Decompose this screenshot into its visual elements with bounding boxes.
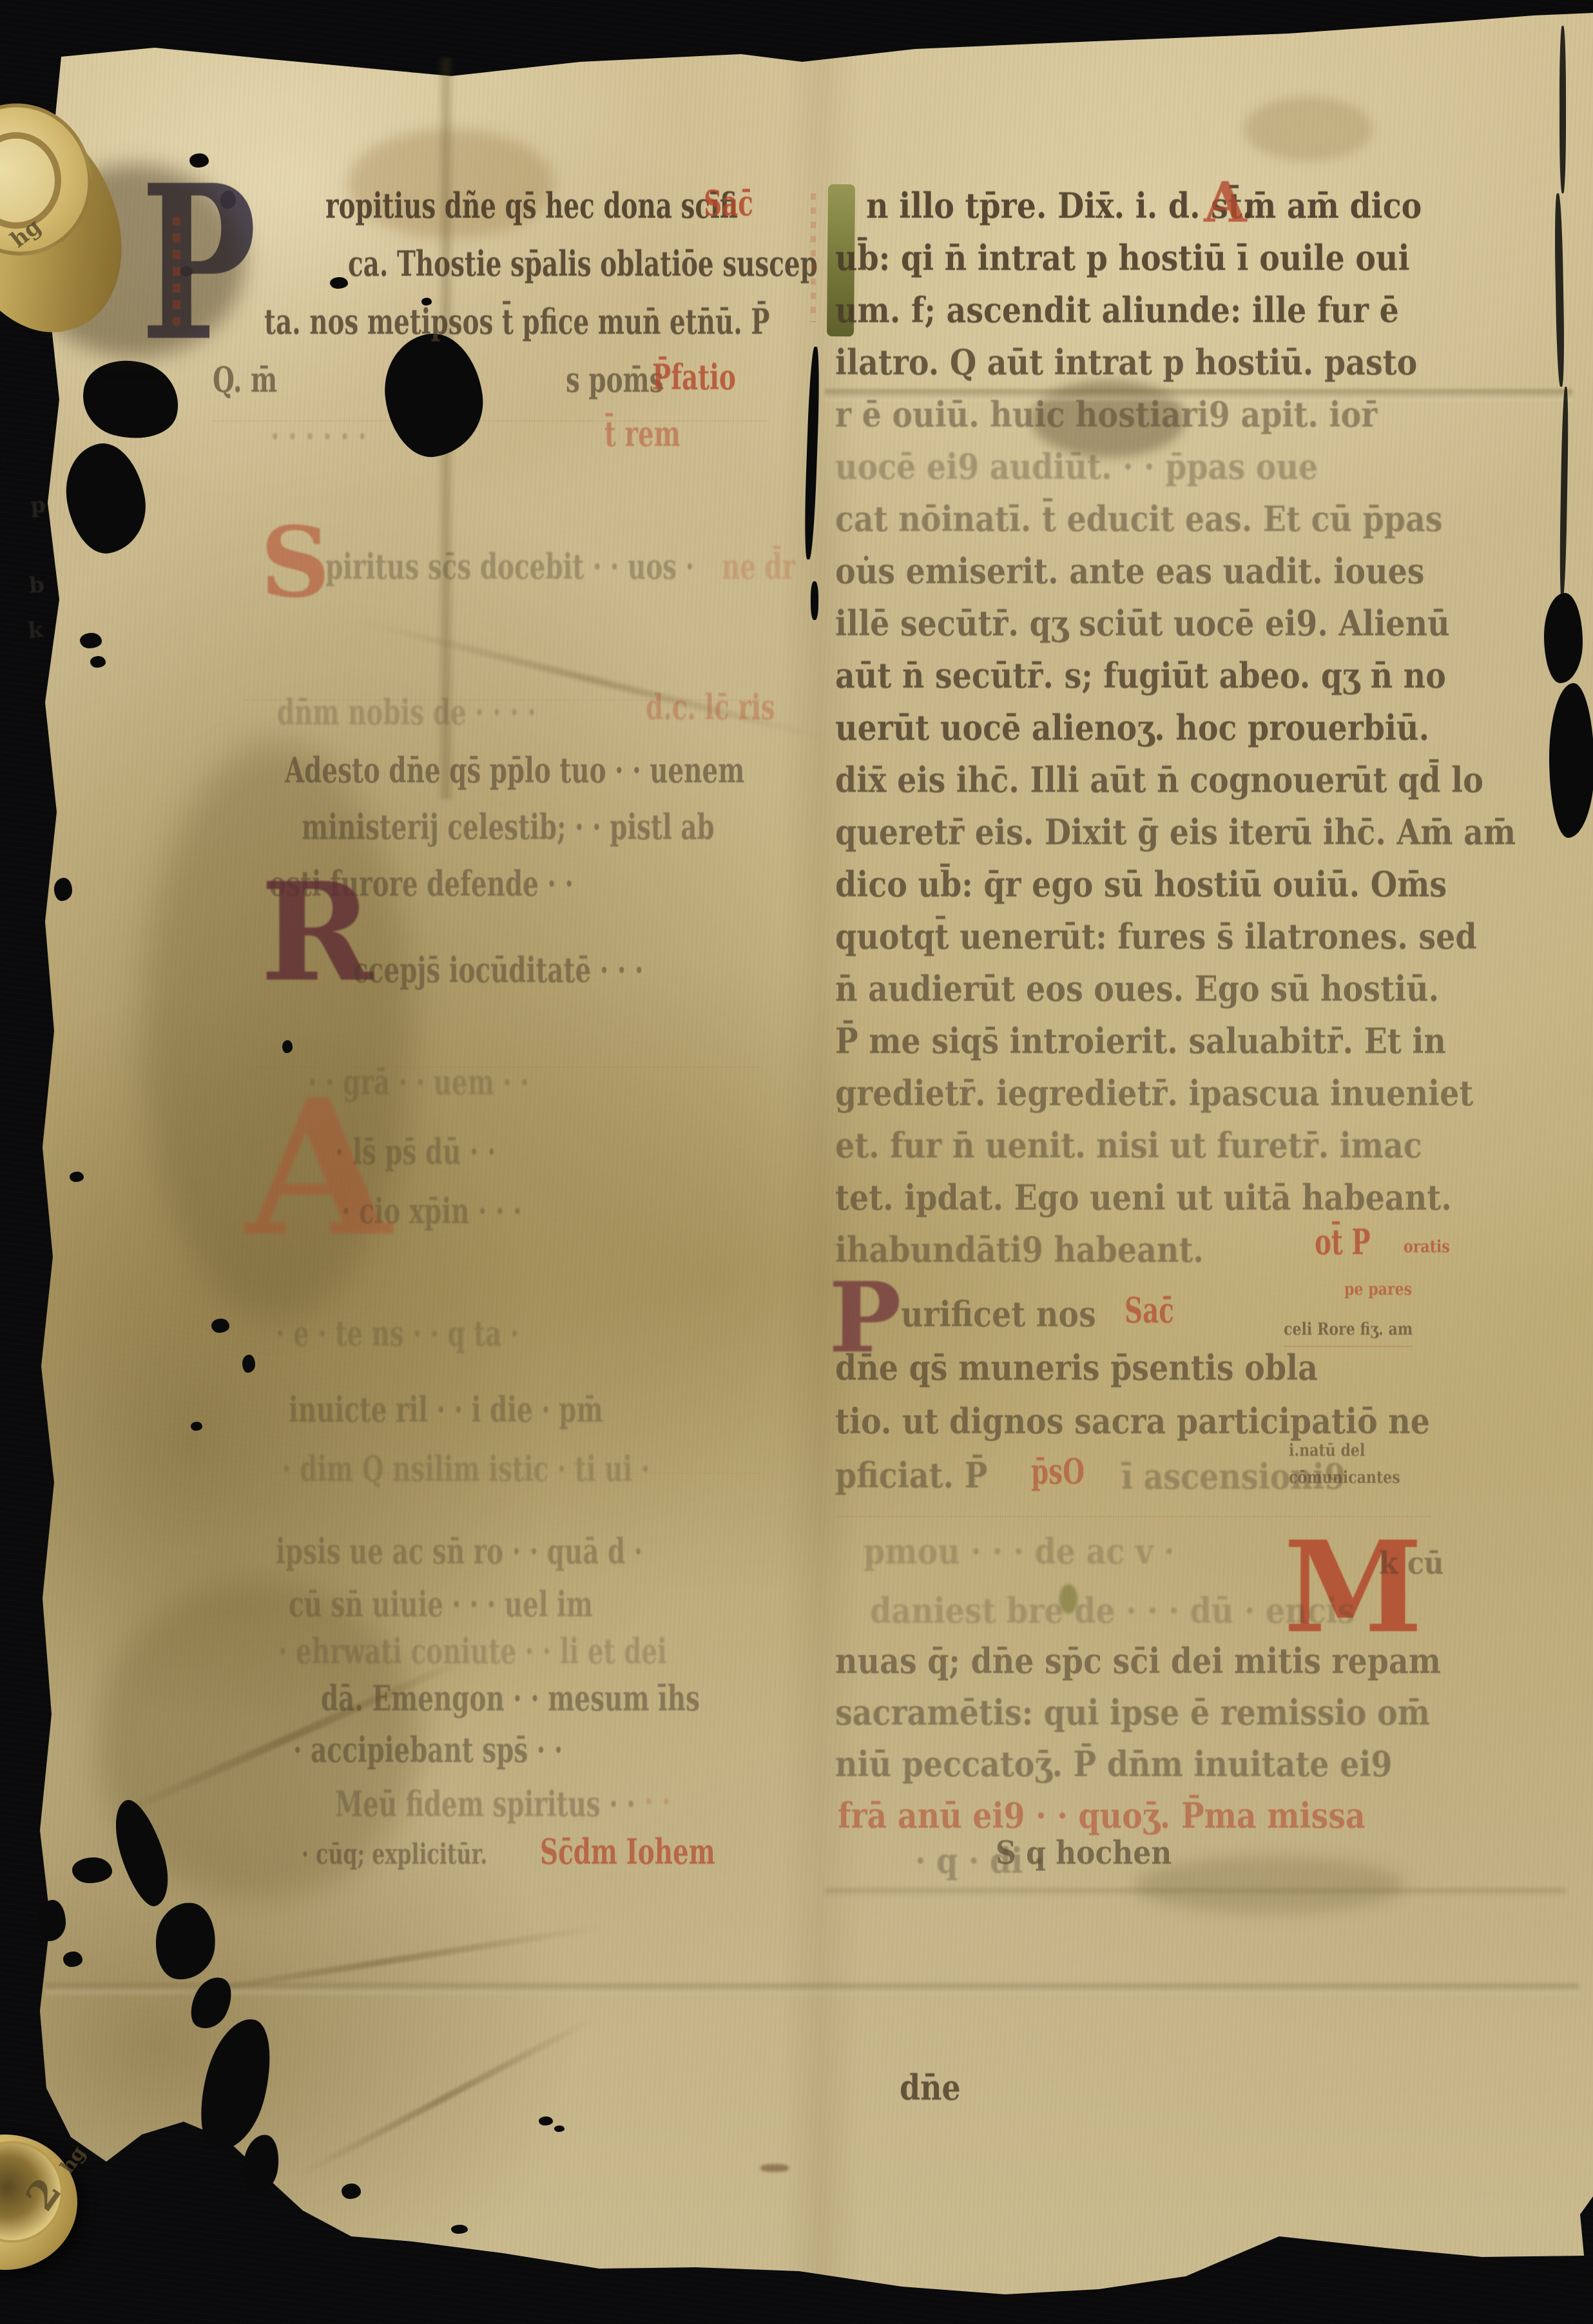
parchment-hole	[242, 1355, 255, 1373]
right-gloss-communicantes: cōmunicantes	[1289, 1469, 1400, 1486]
parchment-hole	[63, 1951, 82, 1967]
left-line-3: ta. nos metipsos t̄ pfice mun̄ etn̄ū. P̄	[264, 304, 770, 339]
right-line-7: cat nōinatī. t̄ educit eas. Et cū p̄pas	[835, 501, 1443, 536]
parchment-hole	[37, 1900, 66, 1941]
right-gloss-natu: i.natū del	[1289, 1442, 1365, 1459]
right-line-4: ilatro. Q aūt intrat p hostiū. pasto	[835, 345, 1417, 380]
left-line-18: ipsis ue ac sn̄ ro · · quā d ·	[276, 1534, 642, 1569]
parchment-hole	[72, 1857, 112, 1883]
left-line-6: piritus sc̄s docebit · · uos ·	[325, 549, 694, 584]
right-line-17: P̄ me siqs̄ introierit. saluabitr̄. Et i…	[835, 1023, 1446, 1058]
right-line-31: niū peccatoʒ̄. P̄ dn̄m inuitate ei9	[835, 1747, 1392, 1781]
right-line-28: daniest bre de · · · dū · encis	[870, 1593, 1355, 1628]
right-rubric-small-a: pe pares	[1344, 1281, 1412, 1298]
right-rubric-oratio: ot̄ P	[1315, 1225, 1371, 1259]
left-line-1: ropitius dñe qs̄ hec dona scīfi	[325, 188, 738, 223]
left-line-13: · ls̄ ps̄ dū · ·	[335, 1134, 496, 1169]
right-line-22: urificet nos	[901, 1297, 1096, 1331]
left-line-6b: ne d̄r	[722, 549, 795, 584]
right-line-3: um. f; ascendit aliunde: ille fur ē	[835, 293, 1399, 327]
left-line-16: inuicte ril · · i die · pm̄	[289, 1392, 603, 1427]
right-line-15: quotqt̄ uenerūt: fures s̄ ilatrones. sed	[835, 919, 1477, 954]
parchment-hole	[554, 2125, 565, 2132]
left-rubric-sacra: Sac̄	[704, 186, 753, 220]
right-line-8: ou̇s emiserit. ante eas uadit. ioues	[835, 554, 1425, 588]
right-line-16: n̄ audierūt eos oues. Ego sū hostiū.	[835, 971, 1439, 1006]
left-line-19: cū sn̄ uiuie · · · uel im	[289, 1587, 593, 1622]
left-rubric-secundum-iohannem: Sc̄dm Iohem	[540, 1834, 715, 1869]
left-line-11: ccepjs̄ iocūditatē · · ·	[353, 953, 643, 987]
left-line-5: · · · · · ·	[271, 419, 367, 454]
left-rubric-7b: d.c. lc̄ ris	[646, 690, 775, 724]
parchment-hole	[342, 2184, 361, 2199]
left-line-7: dn̄m nobis de · · · ·	[277, 695, 536, 730]
parchment-hole	[90, 656, 106, 668]
parchment-hole	[54, 878, 72, 901]
right-line-13: queretr̄ eis. Dixit ḡ eis iterū ihc̄. Am…	[835, 815, 1516, 849]
right-line-20: tet. ipdat. Ego ueni ut uitā habeant.	[835, 1180, 1452, 1215]
parchment-hole	[282, 1040, 293, 1053]
left-line-4: Q. m̄	[213, 362, 277, 397]
left-line-21: dā. Emengon · · mesum īhs	[321, 1681, 700, 1716]
right-line-27a: k cū	[1379, 1548, 1443, 1579]
right-line-29: nuas q̄; dn̄e sp̄c sc̄i dei mitis repam	[835, 1643, 1441, 1678]
parchment-hole	[1549, 683, 1593, 838]
parchment-hole	[191, 1422, 202, 1431]
left-line-8: Adesto dn̄e qs̄ pp̄lo tuo · · uenem	[285, 753, 744, 788]
parchment-hole	[211, 1319, 229, 1333]
margin-remnant: p	[30, 494, 46, 517]
right-line-10: aūt n̄ secūtr̄. s; fugiūt abeo. qʒ n̄ no	[835, 658, 1446, 693]
right-line-18: gredietr̄. iegredietr̄. ipascua inueniet	[835, 1076, 1473, 1110]
right-line-19: et. fur n̄ uenit. nisi ut furetr̄. imac	[835, 1128, 1422, 1163]
right-gloss-small: celi Rore fiʒ. am	[1284, 1321, 1413, 1338]
left-line-24: · cūq; explicitūr.	[302, 1841, 487, 1869]
right-line-2: ub̄: qi n̄ intrat p hostiū ī ouile oui	[835, 240, 1410, 275]
right-line-14: dico ub̄: q̄r ego sū hostiū ouiū. Om̄s	[835, 867, 1447, 902]
left-line-22: · accipiebant sps̄ · ·	[293, 1732, 563, 1767]
edge-crack	[1559, 26, 1566, 193]
left-rubric-rem: t̄ rem	[604, 416, 681, 451]
parchment-hole	[539, 2116, 553, 2125]
parchment-hole	[80, 633, 102, 648]
left-line-23b: · ·	[644, 1784, 671, 1819]
right-rubric-prima-missa: frā anū ei9 · · quoʒ̄. P̄ma missa	[838, 1798, 1366, 1833]
right-line-30: sacramētis: qui ipse ē remissio om̄	[835, 1695, 1430, 1730]
left-line-14: · cio xp̄in · · ·	[342, 1194, 522, 1228]
manuscript-photo: P ropitius dñe qs̄ hec dona scīfi Sac̄ c…	[0, 0, 1593, 2324]
left-rubric-prefatio: P̄fatio	[652, 360, 736, 394]
left-line-20: · ehrwati coniute · · li et dei	[278, 1634, 667, 1669]
left-line-2: ca. Thostie sp̄alis oblatiōe suscep	[348, 246, 818, 281]
left-line-23: Meū fidem spiritus · ·	[335, 1787, 635, 1821]
parchment-hole	[70, 1172, 84, 1182]
left-line-17: · dim Q nsilim istic · ti ui ·	[282, 1451, 650, 1486]
right-line-1: n illo tp̄re. Dix̄. i. d. st̄.	[866, 188, 1253, 223]
right-rubric-pso: p̄sO	[1031, 1454, 1085, 1489]
margin-remnant: b	[28, 574, 45, 597]
right-rubric-sacra: Sac̄	[1125, 1293, 1174, 1328]
right-line-12: dix̄ eis ihc̄. Illi aūt n̄ cognouerūt qd…	[835, 762, 1483, 797]
left-line-9: ministerij celestib; · · pistl ab	[302, 809, 715, 844]
right-line-25: pficiat. P̄	[835, 1458, 987, 1493]
initial-S-left: S	[260, 522, 330, 605]
margin-remnant: k	[27, 619, 44, 642]
parchment-hole	[451, 2225, 468, 2234]
right-line-9: illē secūtr̄. qʒ sciūt uocē ei9. Alienū	[835, 606, 1450, 641]
left-line-15: · e · te ns · · q ta ·	[276, 1316, 519, 1351]
right-gloss-hochen: S q hochen	[996, 1837, 1172, 1869]
right-line-5: r ē ouiū. huic hostiari9 apit. ior̄	[835, 397, 1377, 432]
right-line-11: uerūt uocē alienoʒ. hoc prouerbiū.	[835, 710, 1429, 745]
right-line-1c: m̄ am̄ dico	[1244, 188, 1422, 223]
left-line-4b: s pom̄s	[566, 362, 664, 397]
right-rubric-oratio-small: oratis	[1404, 1239, 1450, 1255]
parchment-hole	[811, 581, 818, 620]
initial-A-right: A	[1204, 179, 1247, 226]
right-line-23: dn̄e qs̄ muneris p̄sentis obla	[835, 1350, 1318, 1385]
right-line-24: tio. ut dignos sacra participatiō ne	[835, 1404, 1430, 1438]
right-line-26: pmou · · · de ac v ·	[864, 1534, 1175, 1569]
catchword: dn̄e	[900, 2070, 961, 2105]
right-line-6: uocē ei9 audiūt. · · p̄pas oue	[835, 449, 1318, 484]
parchment-hole	[1544, 593, 1583, 683]
parchment-hole	[330, 277, 348, 289]
